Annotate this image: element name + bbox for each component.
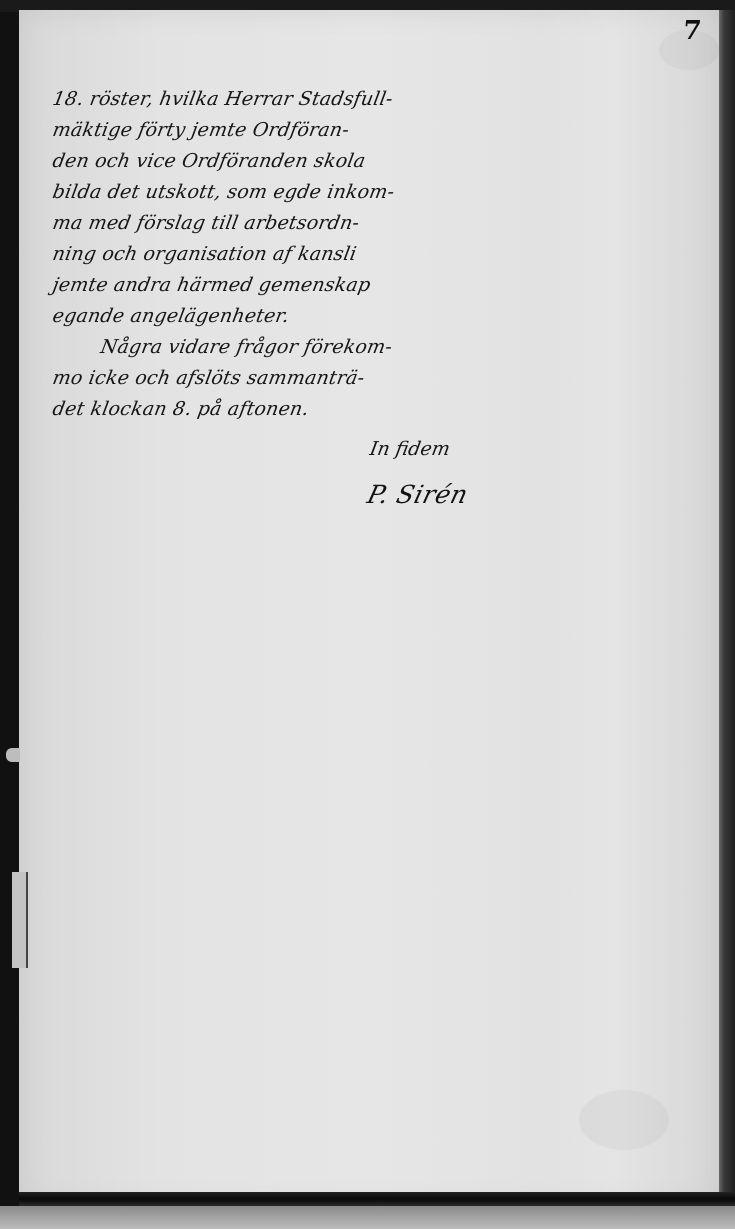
binding-tab — [6, 748, 20, 762]
closing-phrase: In fidem — [368, 438, 452, 460]
text-line: bilda det utskott, som egde inkom- — [50, 177, 575, 208]
page-bottom-edge — [19, 1192, 735, 1206]
text-line: mo icke och afslöts sammanträ- — [50, 363, 575, 394]
text-line: egande angelägenheter. — [50, 301, 575, 332]
text-line: mäktige förty jemte Ordföran- — [50, 115, 575, 146]
page-right-edge — [719, 10, 735, 1205]
text-line: ma med förslag till arbetsordn- — [50, 208, 575, 239]
handwritten-body: 18. röster, hvilka Herrar Stadsfull- mäk… — [50, 84, 570, 425]
binding-tab — [12, 872, 28, 968]
scanned-document: 7 18. röster, hvilka Herrar Stadsfull- m… — [0, 0, 735, 1229]
text-line-paragraph-start: Några vidare frågor förekom- — [50, 332, 575, 363]
scan-background-bottom — [0, 1206, 735, 1229]
paper-stain — [579, 1090, 669, 1150]
text-line: 18. röster, hvilka Herrar Stadsfull- — [50, 84, 575, 115]
text-line: jemte andra härmed gemenskap — [50, 270, 575, 301]
text-line: ning och organisation af kansli — [50, 239, 575, 270]
text-line: den och vice Ordföranden skola — [50, 146, 575, 177]
signature: P. Sirén — [364, 480, 471, 509]
page-number: 7 — [681, 16, 702, 46]
text-line: det klockan 8. på aftonen. — [50, 394, 575, 425]
